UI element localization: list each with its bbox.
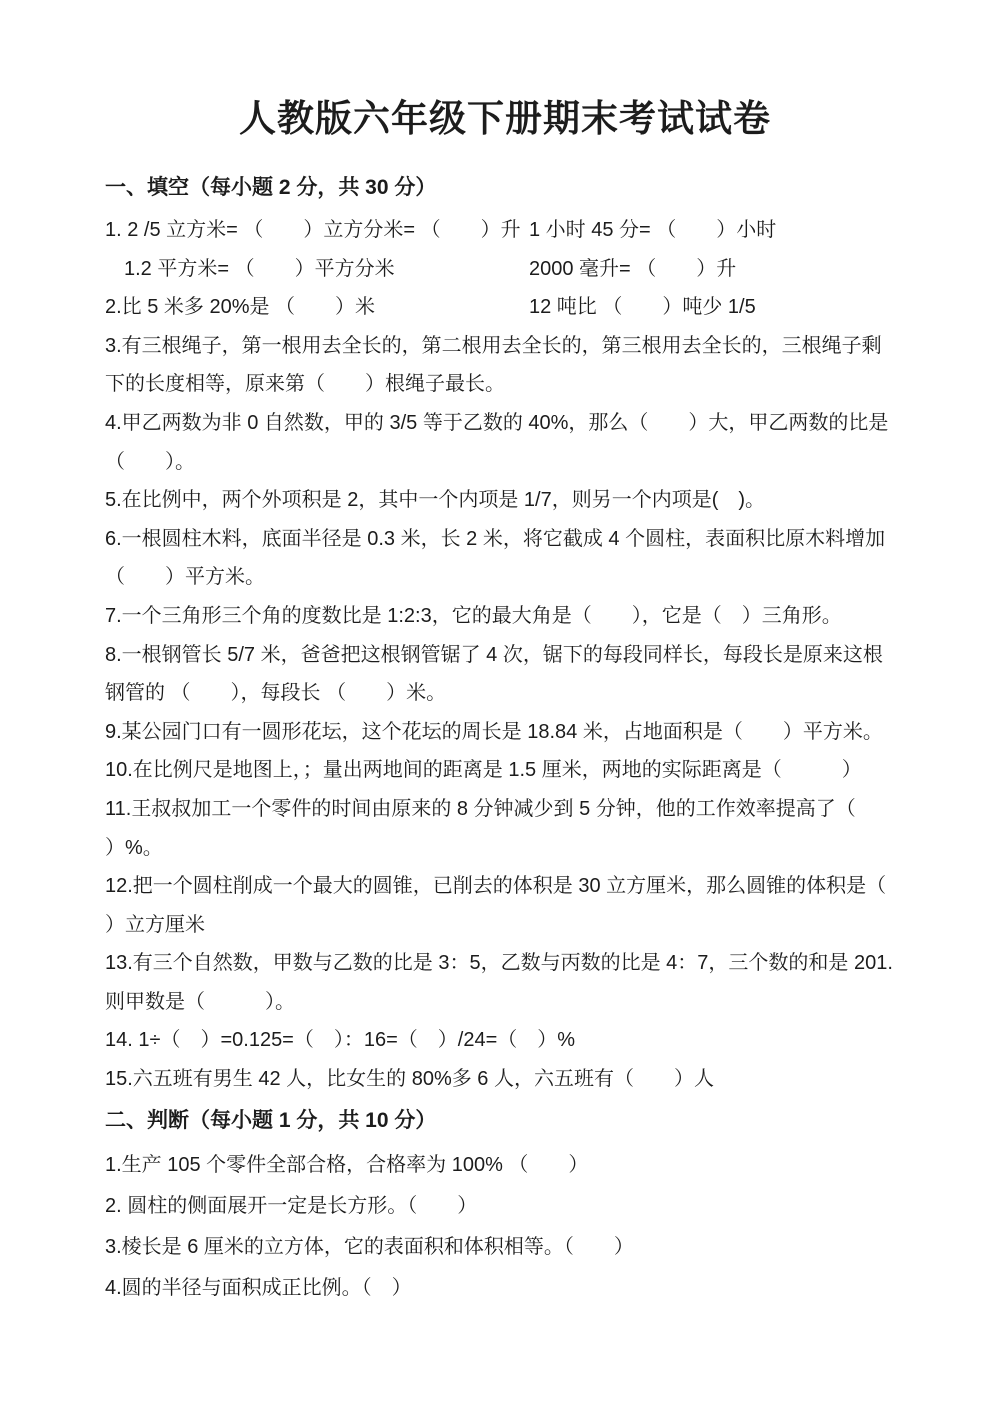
question-line-4a: 4.甲乙两数为非 0 自然数，甲的 3/5 等于乙数的 40%，那么（ ）大，甲… — [105, 404, 905, 443]
question-line-6a: 6.一根圆柱木料，底面半径是 0.3 米，长 2 米，将它截成 4 个圆柱，表面… — [105, 520, 905, 559]
question-line-13b: 则甲数是（ ）。 — [105, 983, 905, 1022]
question-line-4b: （ ）。 — [105, 443, 905, 482]
question-line-13a: 13.有三个自然数，甲数与乙数的比是 3：5，乙数与丙数的比是 4：7，三个数的… — [105, 944, 905, 983]
judgment-line-3: 3.棱长是 6 厘米的立方体，它的表面积和体积相等。（ ） — [105, 1227, 905, 1268]
question-line-11b: ）%。 — [105, 829, 905, 868]
question-line-3b: 下的长度相等，原来第（ ）根绳子最长。 — [105, 365, 905, 404]
question-line-12b: ）立方厘米 — [105, 906, 905, 945]
exam-paper-page: 人教版六年级下册期末考试试卷 一、填空（每小题 2 分，共 30 分） 1. 2… — [0, 0, 1000, 1417]
question-text-col2: 1 小时 45 分= （ ）小时 — [529, 211, 776, 250]
question-text-col2: 12 吨比 （ ）吨少 1/5 — [529, 288, 756, 327]
question-line-8a: 8.一根钢管长 5/7 米，爸爸把这根钢管锯了 4 次，锯下的每段同样长，每段长… — [105, 636, 905, 675]
question-text: 2.比 5 米多 20%是 （ ）米 — [105, 296, 375, 318]
question-line-8b: 钢管的 （ ），每段长 （ ）米。 — [105, 674, 905, 713]
judgment-line-4: 4.圆的半径与面积成正比例。（ ） — [105, 1268, 905, 1309]
question-text: 1.2 平方米= （ ）平方分米 — [124, 258, 395, 280]
question-line-1b: 1.2 平方米= （ ）平方分米 2000 毫升= （ ）升 — [105, 250, 905, 289]
section-heading-judgment: 二、判断（每小题 1 分，共 10 分） — [105, 1105, 905, 1137]
paper-content: 人教版六年级下册期末考试试卷 一、填空（每小题 2 分，共 30 分） 1. 2… — [0, 0, 1000, 1309]
question-line-12a: 12.把一个圆柱削成一个最大的圆锥，已削去的体积是 30 立方厘米，那么圆锥的体… — [105, 867, 905, 906]
question-line-3a: 3.有三根绳子，第一根用去全长的，第二根用去全长的，第三根用去全长的，三根绳子剩 — [105, 327, 905, 366]
question-line-9: 9.某公园门口有一圆形花坛，这个花坛的周长是 18.84 米，占地面积是（ ）平… — [105, 713, 905, 752]
question-text: 1. 2 /5 立方米= （ ）立方分米= （ ）升 — [105, 219, 521, 241]
question-line-10: 10.在比例尺是地图上，；量出两地间的距离是 1.5 厘米，两地的实际距离是（ … — [105, 751, 905, 790]
question-line-11a: 11.王叔叔加工一个零件的时间由原来的 8 分钟减少到 5 分钟，他的工作效率提… — [105, 790, 905, 829]
question-line-5: 5.在比例中，两个外项积是 2，其中一个内项是 1/7，则另一个内项是( )。 — [105, 481, 905, 520]
judgment-line-1: 1.生产 105 个零件全部合格，合格率为 100% （ ） — [105, 1145, 905, 1186]
judgment-section: 1.生产 105 个零件全部合格，合格率为 100% （ ） 2. 圆柱的侧面展… — [105, 1145, 905, 1309]
question-text-col2: 2000 毫升= （ ）升 — [529, 250, 736, 289]
page-title: 人教版六年级下册期末考试试卷 — [105, 96, 905, 142]
judgment-line-2: 2. 圆柱的侧面展开一定是长方形。（ ） — [105, 1186, 905, 1227]
question-line-6b: （ ）平方米。 — [105, 558, 905, 597]
section-heading-fill-in: 一、填空（每小题 2 分，共 30 分） — [105, 172, 905, 204]
question-line-2: 2.比 5 米多 20%是 （ ）米 12 吨比 （ ）吨少 1/5 — [105, 288, 905, 327]
question-line-14: 14. 1÷（ ）=0.125=（ ）：16=（ ）/24=（ ）% — [105, 1021, 905, 1060]
question-line-1a: 1. 2 /5 立方米= （ ）立方分米= （ ）升 1 小时 45 分= （ … — [105, 211, 905, 250]
question-line-7: 7.一个三角形三个角的度数比是 1:2:3，它的最大角是（ ），它是（ ）三角形… — [105, 597, 905, 636]
question-line-15: 15.六五班有男生 42 人，比女生的 80%多 6 人，六五班有（ ）人 — [105, 1060, 905, 1099]
fill-in-section: 1. 2 /5 立方米= （ ）立方分米= （ ）升 1 小时 45 分= （ … — [105, 211, 905, 1099]
